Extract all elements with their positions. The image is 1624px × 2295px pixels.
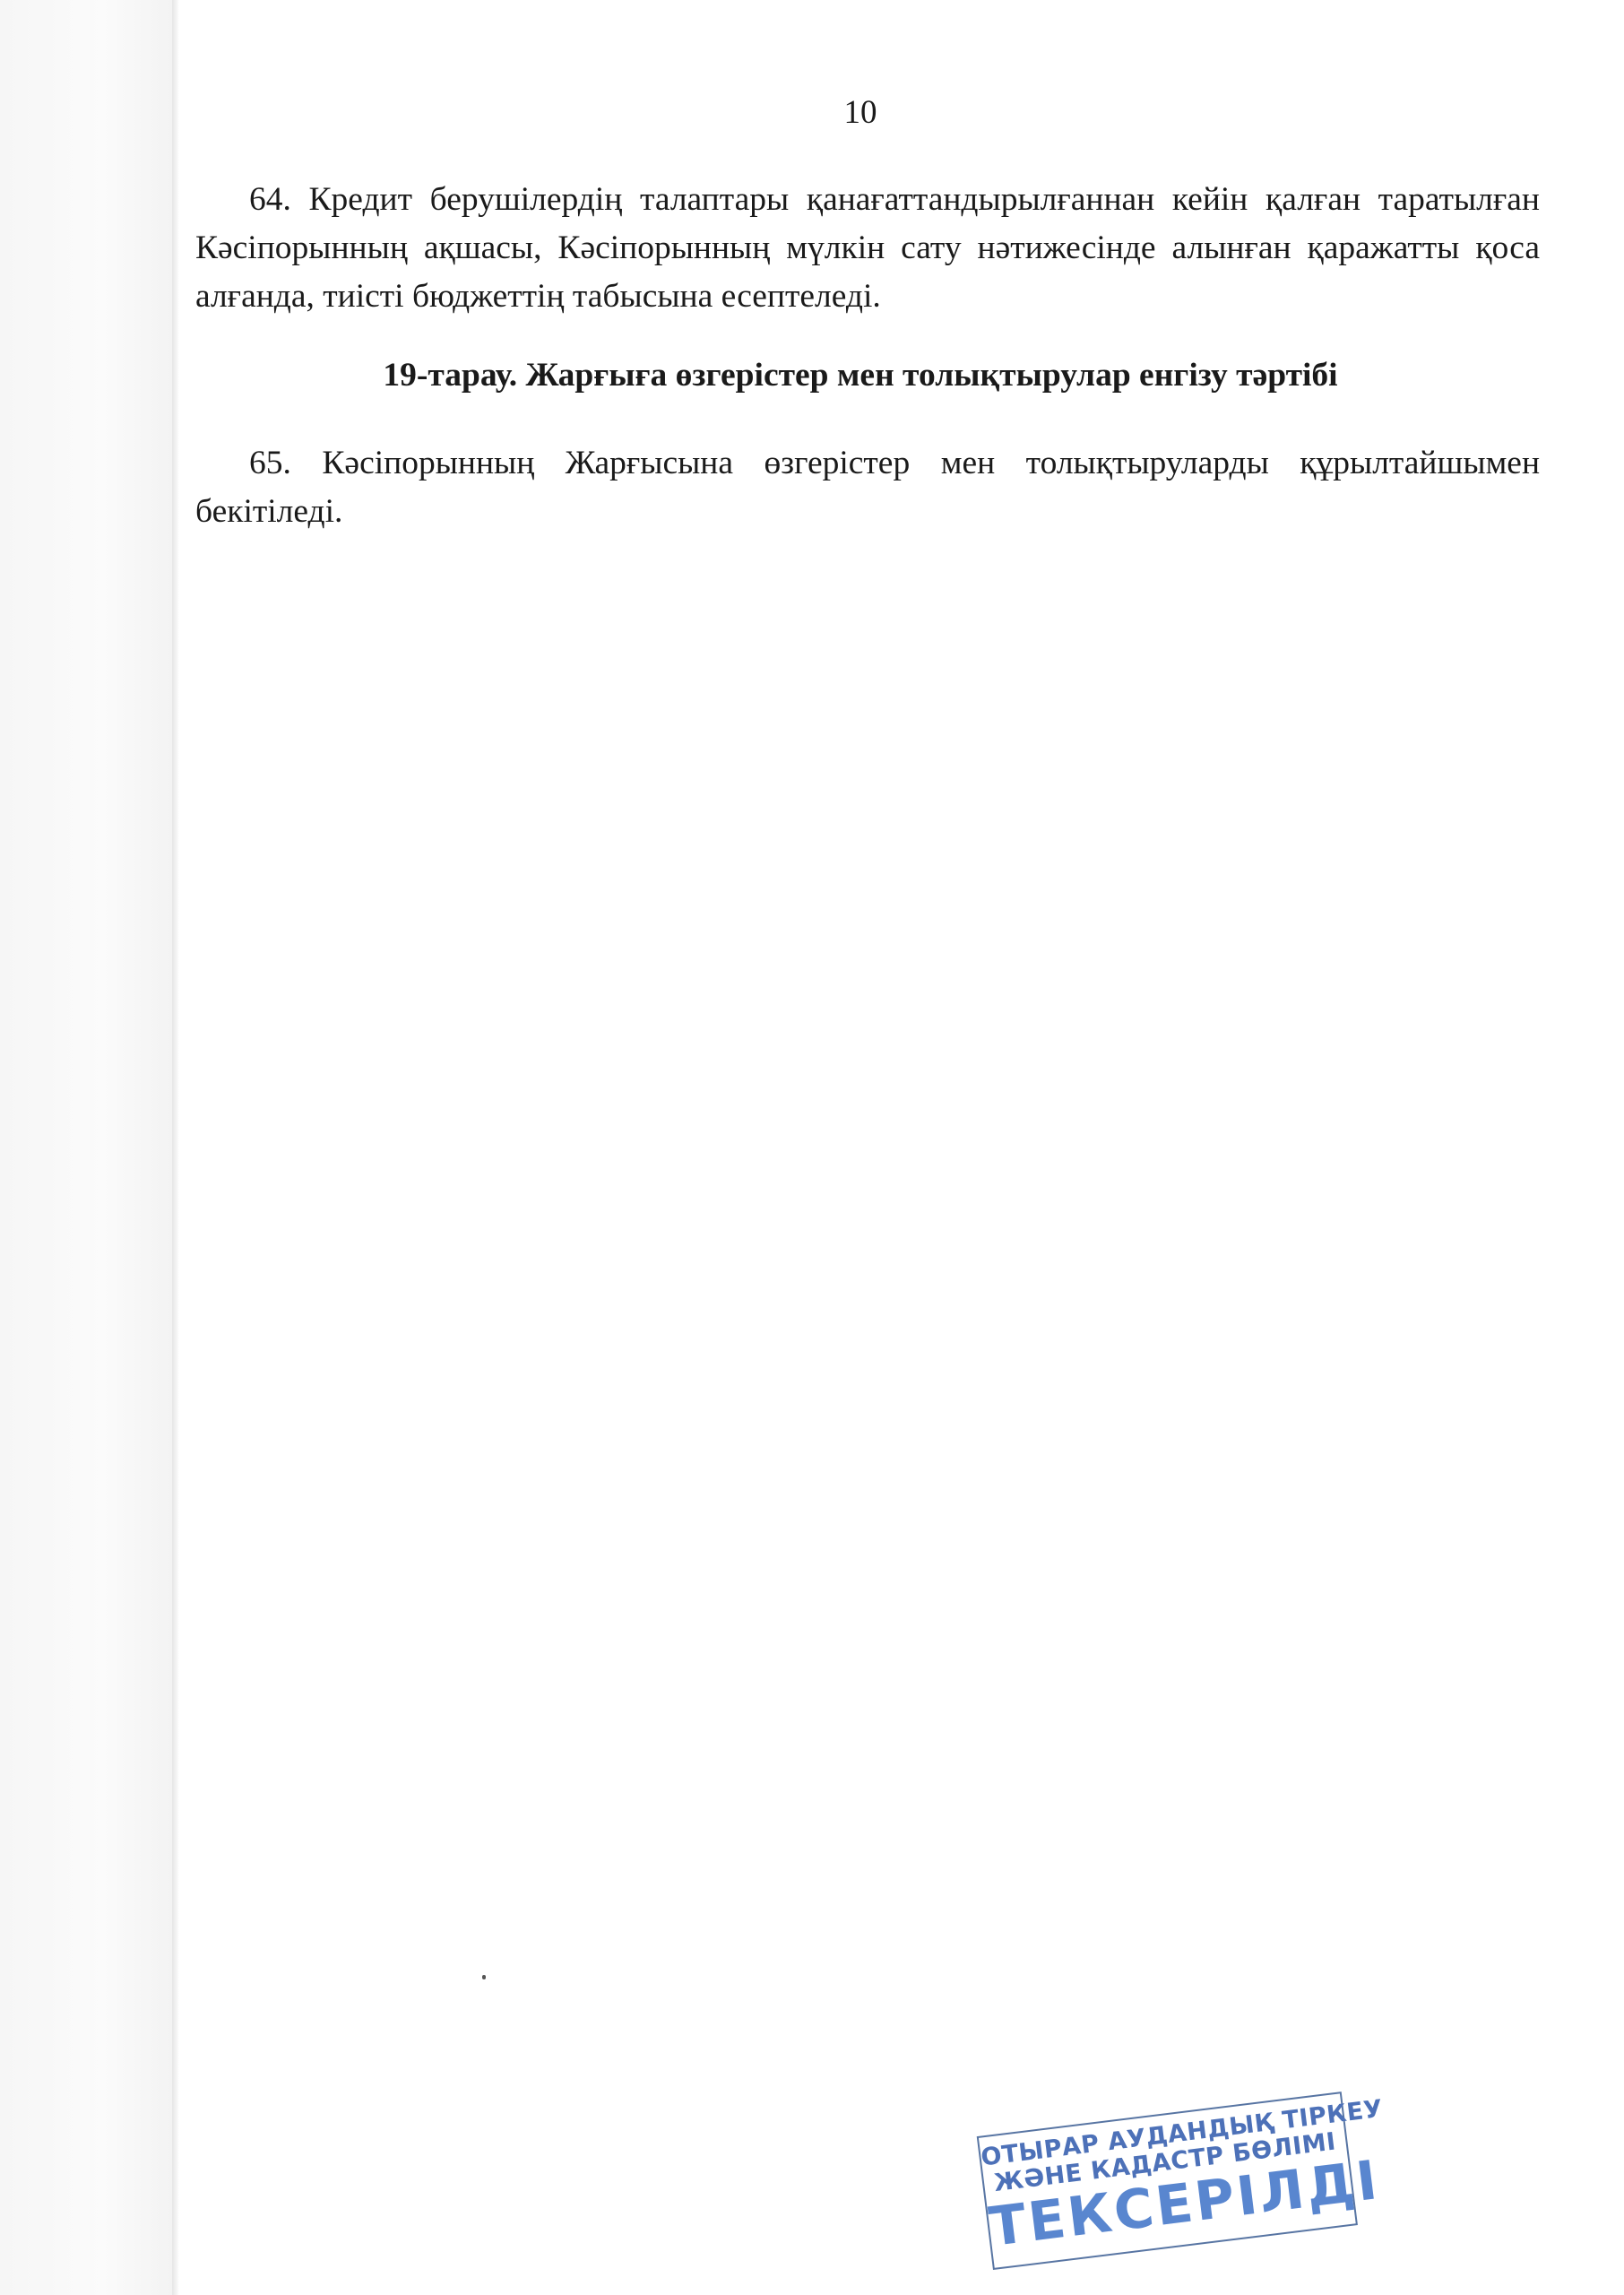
paragraph-number: 64. [249, 181, 291, 218]
page-fold-line [172, 0, 179, 2295]
chapter-heading: 19-тарау. Жарғыға өзгерістер мен толықты… [179, 355, 1542, 396]
verification-stamp: ОТЫРАР АУДАНДЫҚ ТІРКЕУ ЖӘНЕ КАДАСТР БӨЛІ… [977, 2091, 1358, 2270]
paragraph-text: Кәсіпорынның Жарғысына өзгерістер мен то… [195, 445, 1540, 530]
paragraph-65: 65. Кәсіпорынның Жарғысына өзгерістер ме… [195, 439, 1540, 536]
scan-left-margin [0, 0, 172, 2295]
paragraph-64: 64. Кредит берушілердің талаптары қанаға… [195, 176, 1540, 321]
paragraph-text: Кредит берушілердің талаптары қанағаттан… [195, 181, 1540, 315]
scan-speck [482, 1975, 486, 1979]
paragraph-number: 65. [249, 445, 291, 481]
page-number: 10 [0, 93, 1624, 133]
